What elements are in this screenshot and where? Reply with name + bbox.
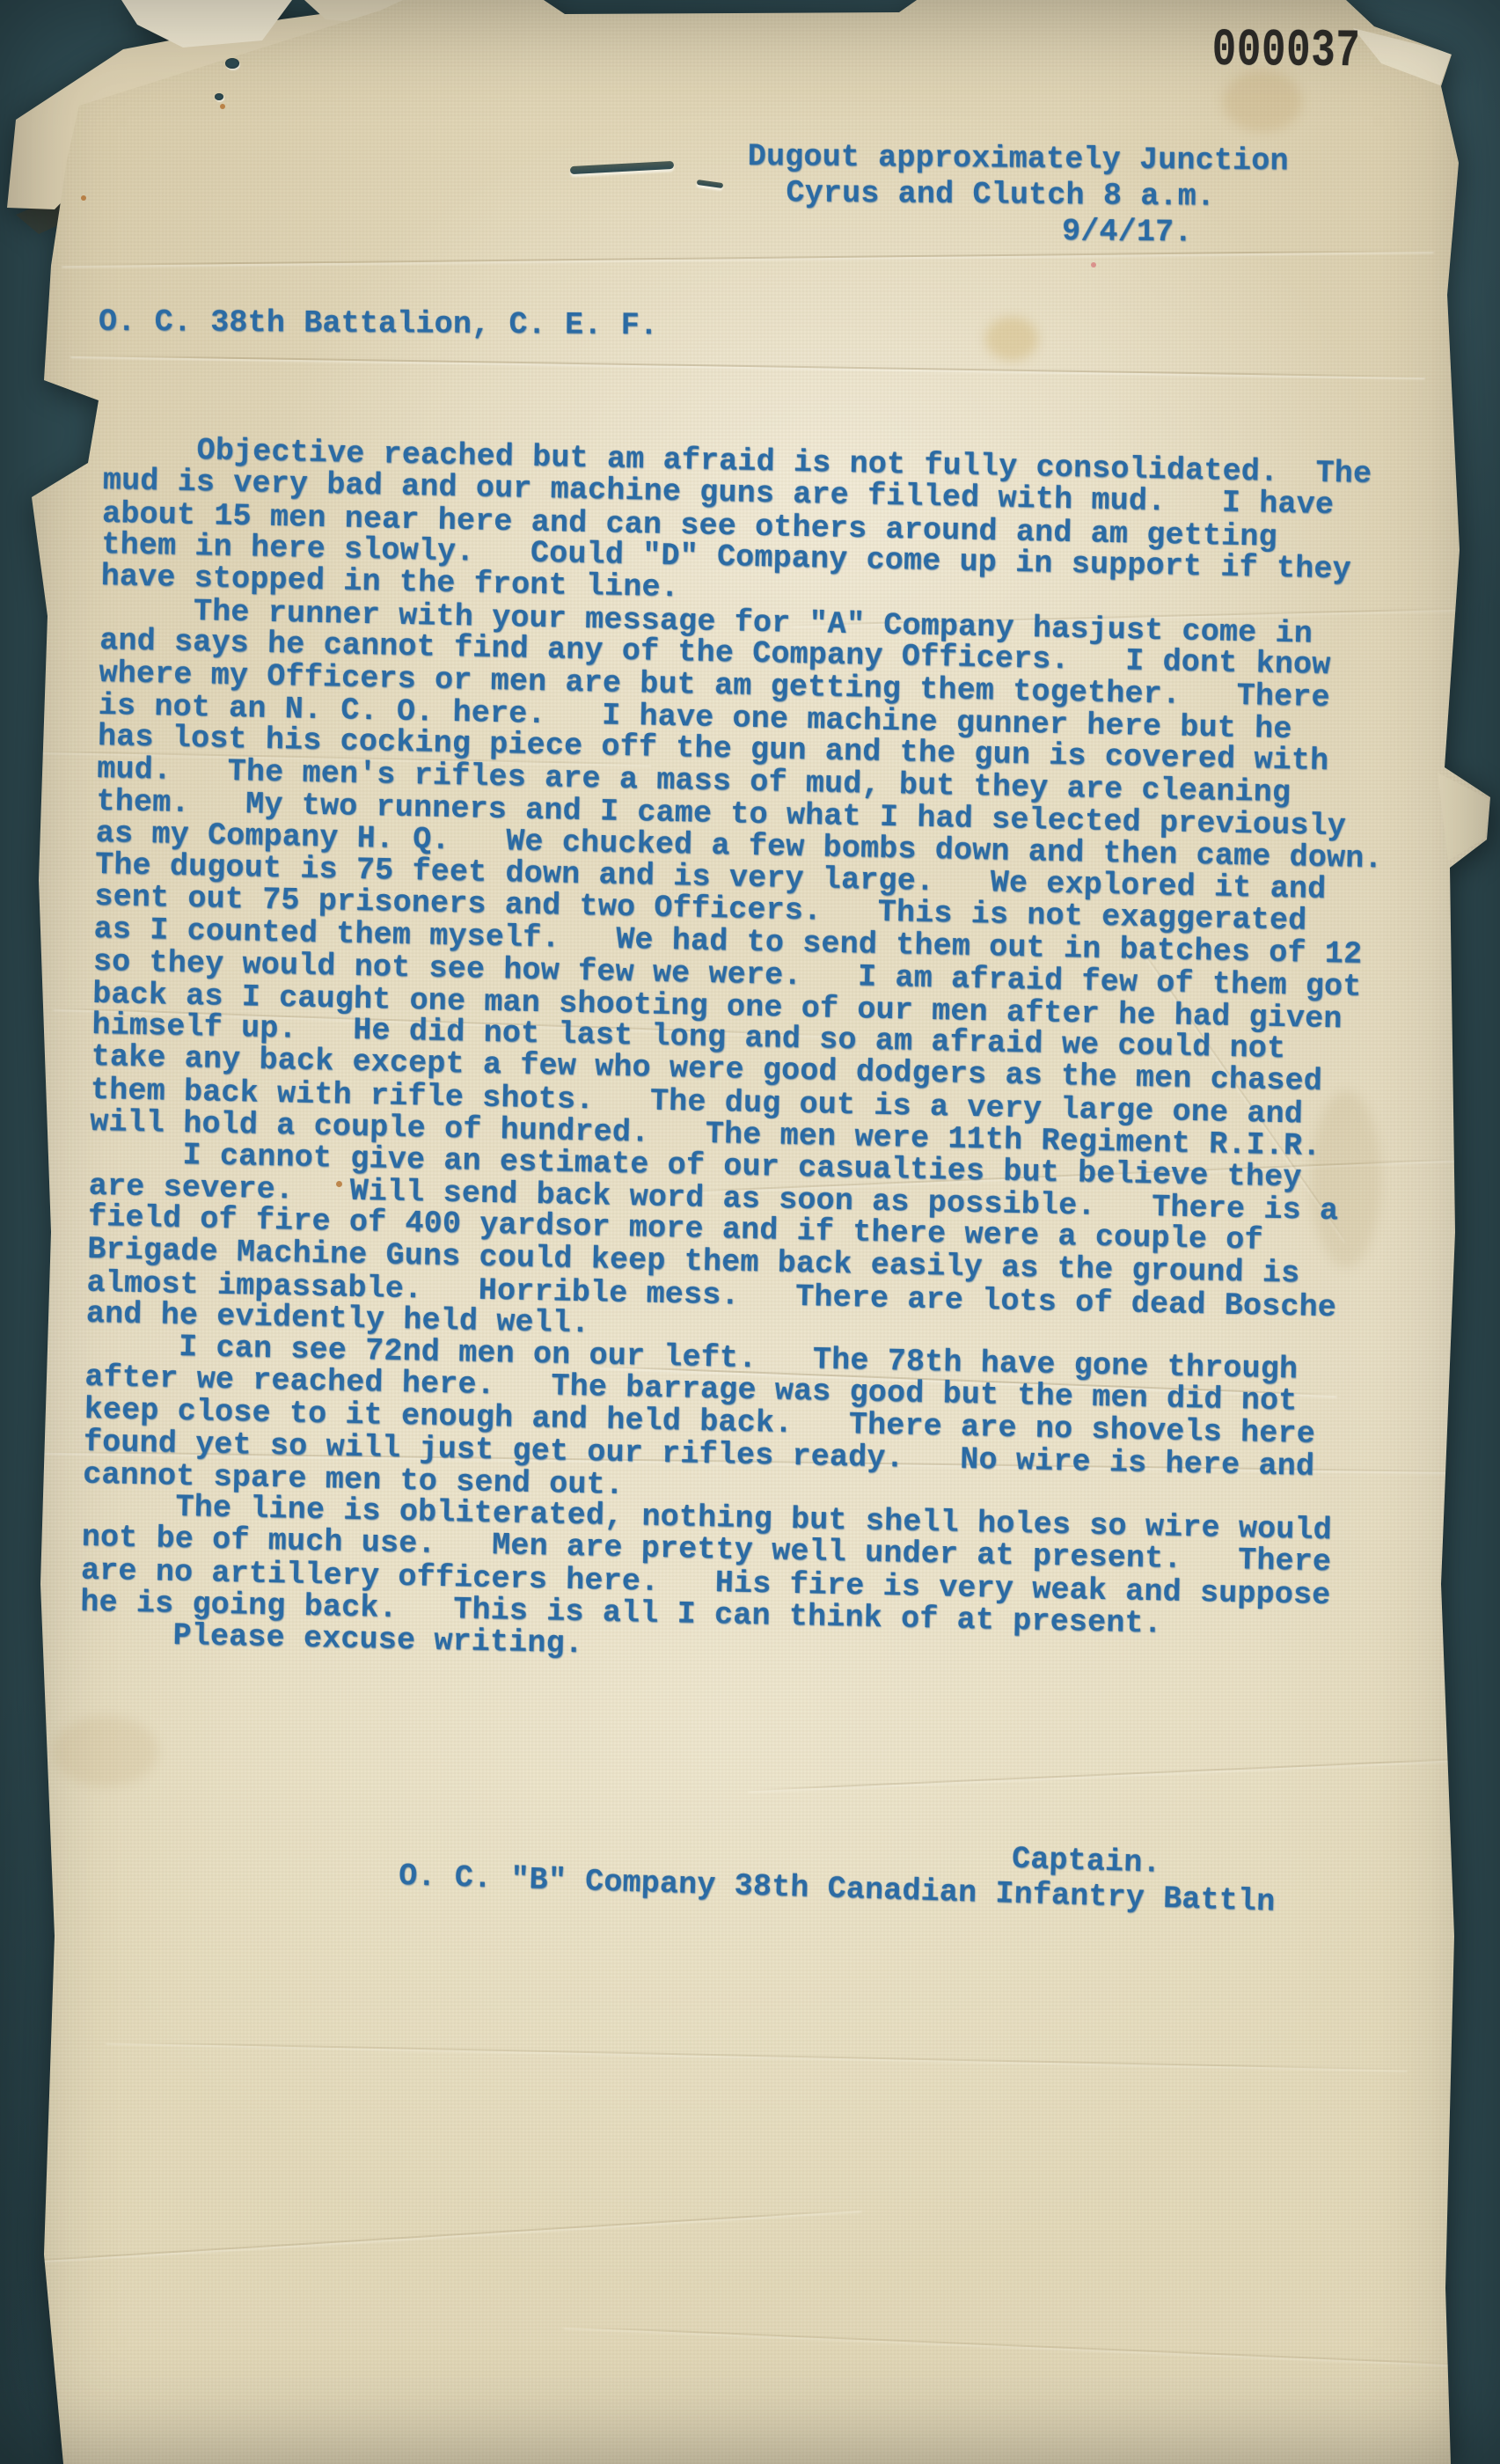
paper-hole (225, 58, 239, 69)
letter-body: Objective reached but am afraid is not f… (79, 433, 1391, 1676)
scanned-document: 000037 Dugout approximately Junction Cyr… (0, 0, 1500, 2464)
paper-tear-slit (697, 180, 724, 188)
document-number-stamp: 000037 (1212, 21, 1361, 82)
rust-spot (81, 195, 86, 201)
dateline-date: 9/4/17. (1062, 214, 1288, 252)
paper-group: 000037 Dugout approximately Junction Cyr… (0, 0, 1500, 2464)
pink-mark (1091, 262, 1096, 268)
dateline-block: Dugout approximately Junction Cyrus and … (747, 139, 1289, 252)
signature-block: Captain. O. C. "B" Company 38th Canadian… (399, 1823, 1277, 1920)
dateline-location-2: Cyrus and Clutch 8 a.m. (786, 175, 1288, 216)
paper-crease (62, 250, 1434, 266)
letter-paper: 000037 Dugout approximately Junction Cyr… (0, 0, 1500, 2464)
addressee-line: O. C. 38th Battalion, C. E. F. (99, 304, 658, 343)
stain (53, 1716, 158, 1786)
rust-spot (220, 104, 225, 109)
paper-crease (563, 2326, 1495, 2366)
paper-crease (70, 355, 1425, 378)
stain (985, 317, 1038, 361)
dateline-location-1: Dugout approximately Junction (748, 139, 1289, 180)
paper-tear-slit (570, 161, 674, 174)
paper-crease (748, 1757, 1486, 1792)
paper-crease (106, 2042, 1408, 2071)
paper-crease (1, 2209, 861, 2263)
paper-hole (215, 93, 223, 100)
